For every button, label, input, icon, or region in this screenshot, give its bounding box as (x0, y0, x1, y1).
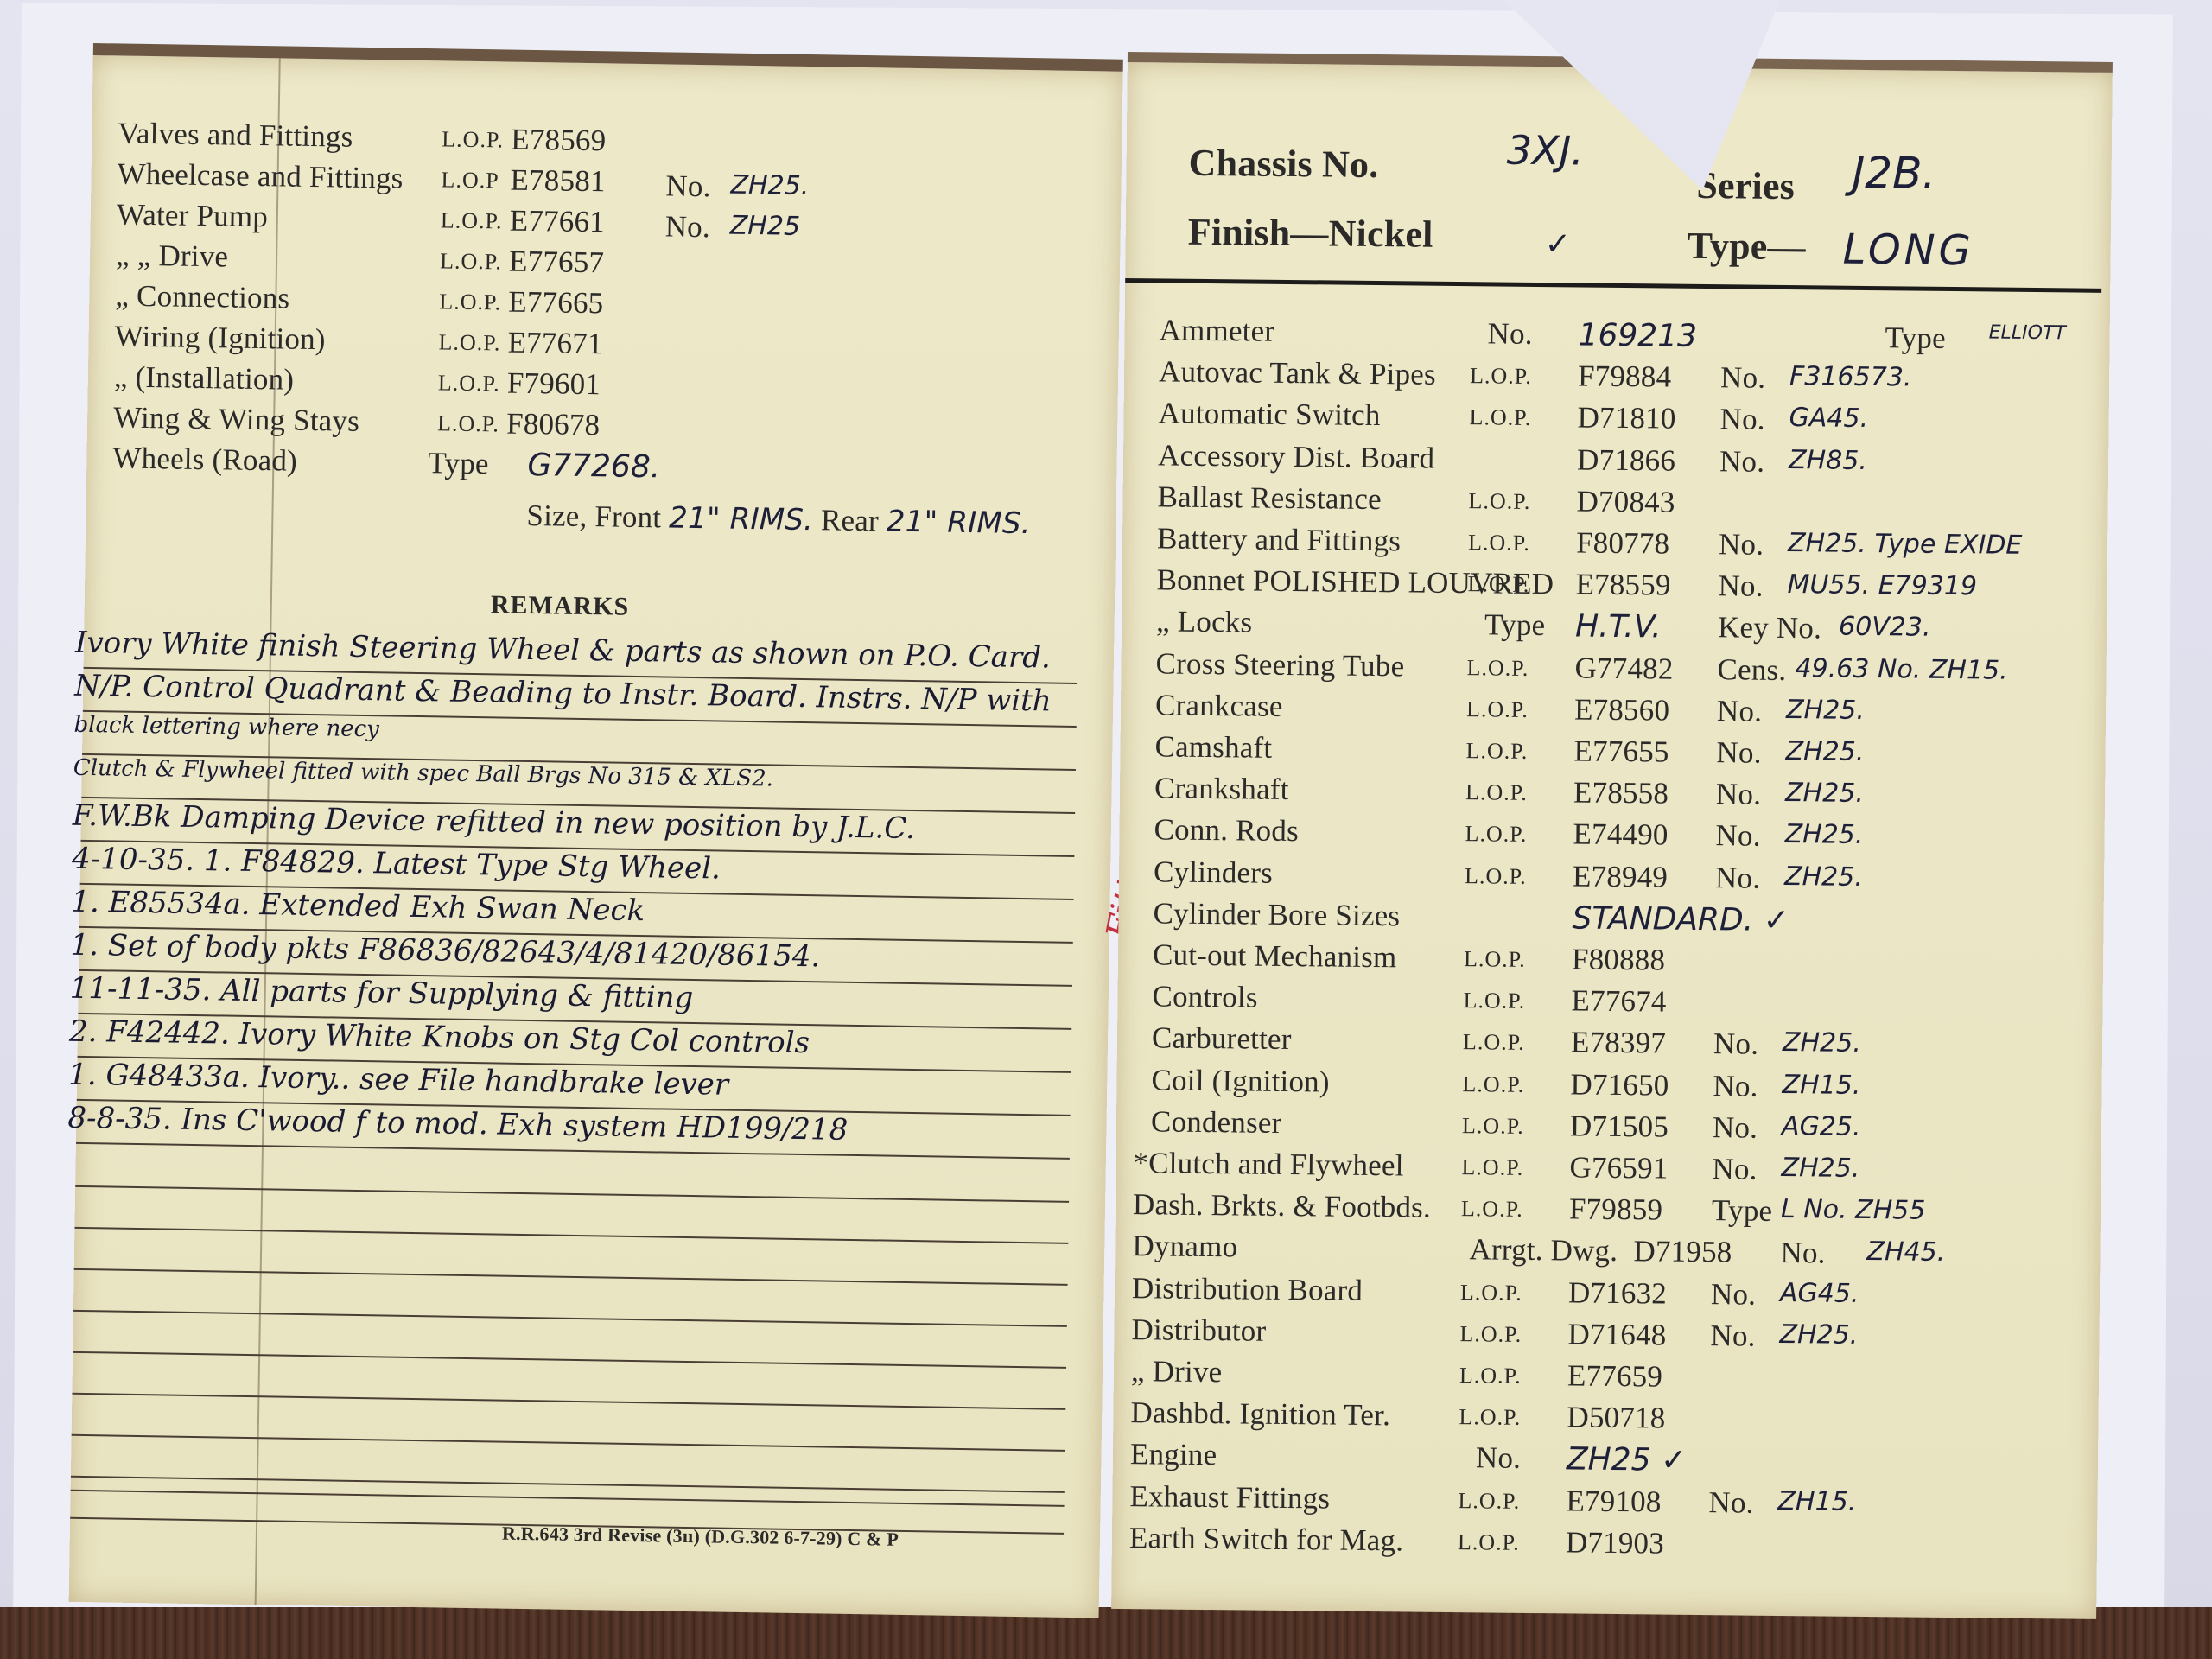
ref-label: L.O.P. (1466, 655, 1529, 682)
extra-label: No. (1718, 569, 1764, 604)
remarks-title: REMARKS (491, 590, 630, 622)
part-name: „ Connections (115, 278, 289, 315)
part-name: Cylinders (1154, 855, 1273, 890)
ref-code: D71866 (1577, 442, 1675, 478)
extra-value: ZH15. (1777, 1486, 1856, 1517)
part-name: Automatic Switch (1158, 397, 1380, 434)
ref-code: E77665 (508, 285, 604, 321)
no-label: No. (664, 209, 710, 245)
ref-code: D70843 (1576, 484, 1675, 519)
form-footer: R.R.643 3rd Revise (3ıı) (D.G.302 6-7-29… (502, 1522, 899, 1551)
ref-code: G76591 (1569, 1150, 1668, 1185)
ref-code: D71903 (1566, 1525, 1664, 1560)
remark-line: black lettering where necy (73, 712, 379, 743)
extra-label: No. (1719, 444, 1765, 480)
part-name: Wing & Wing Stays (113, 400, 359, 438)
chassis-label: Chassis No. (1188, 141, 1378, 187)
part-name: Accessory Dist. Board (1158, 438, 1435, 475)
extra-label: No. (1715, 861, 1761, 896)
ruled-line (71, 1476, 1065, 1493)
extra-value: ZH25. (1784, 819, 1863, 850)
ref-code: E74490 (1573, 817, 1669, 853)
extra-label: No. (1780, 1236, 1826, 1271)
ref-label: L.O.P. (1458, 1529, 1520, 1556)
part-name: Engine (1130, 1438, 1217, 1473)
ref-code: E77657 (509, 245, 605, 281)
part-name: Distributor (1131, 1313, 1266, 1349)
remark-line: Clutch & Flywheel fitted with spec Ball … (73, 755, 774, 792)
extra-label: No. (1720, 360, 1766, 396)
ref-label: L.O.P. (1466, 696, 1529, 723)
extra-label: No. (1708, 1485, 1754, 1521)
extra-label: Key No. (1718, 611, 1821, 646)
ref-label: L.O.P. (1468, 530, 1530, 556)
ref-label: L.O.P. (1464, 946, 1526, 973)
no-label: No. (665, 168, 711, 204)
extra-value: 60V23. (1839, 612, 1931, 643)
part-name: Coil (Ignition) (1151, 1063, 1330, 1099)
remark-line: 1. Set of body pkts F86836/82643/4/81420… (70, 928, 820, 975)
ref-label: Arrgt. Dwg. (1469, 1233, 1618, 1269)
part-name: Wheelcase and Fittings (117, 156, 404, 195)
ref-label: L.O.P. (1462, 1071, 1524, 1098)
extra-value: ZH25. Type EXIDE (1788, 528, 2023, 561)
ruled-line (73, 1310, 1067, 1327)
ref-code: E77655 (1573, 734, 1669, 769)
ref-label: L.O.P. (1458, 1488, 1520, 1515)
ref-label: L.O.P. (1459, 1363, 1522, 1389)
series-label: Series (1696, 163, 1795, 208)
ref-code: G77482 (1574, 651, 1673, 686)
extra-value: ZH25. (1786, 695, 1865, 726)
ref-label: L.O.P. (438, 329, 500, 356)
extra-label: Type (1712, 1193, 1773, 1229)
part-name: Carburetter (1152, 1021, 1292, 1058)
part-name: Cross Steering Tube (1155, 646, 1404, 683)
part-name: Valves and Fittings (118, 116, 353, 154)
part-name: Water Pump (117, 197, 269, 234)
part-name: Distribution Board (1132, 1271, 1363, 1308)
extra-value: ZH25. (1781, 1153, 1859, 1184)
extra-label: No. (1713, 1110, 1758, 1146)
ruled-line (74, 1227, 1068, 1244)
ruled-line (72, 1393, 1065, 1410)
extra-value: F316573. (1789, 361, 1912, 392)
ref-code: H.T.V. (1575, 609, 1662, 645)
finish-label: Finish—Nickel (1188, 210, 1433, 257)
ref-code: E77659 (1567, 1358, 1663, 1394)
part-name: Wiring (Ignition) (114, 319, 326, 357)
ref-code: D71958 (1633, 1235, 1732, 1270)
no-value: ZH25. (730, 170, 809, 201)
extra-value: AG25. (1782, 1111, 1861, 1142)
part-name: Conn. Rods (1154, 813, 1299, 849)
ref-code: STANDARD. ✓ (1572, 900, 1789, 938)
part-name: Wheels (Road) (112, 441, 297, 478)
ref-label: L.O.P (441, 167, 499, 194)
part-name: Earth Switch for Mag. (1129, 1521, 1404, 1558)
ref-code: D71632 (1568, 1275, 1667, 1311)
ref-label: L.O.P. (1470, 363, 1532, 390)
ref-label: L.O.P. (438, 370, 500, 397)
extra-label: No. (1716, 777, 1762, 812)
ref-code: D71650 (1570, 1067, 1669, 1103)
ref-label: No. (1487, 316, 1533, 352)
finish-check: ✓ (1544, 226, 1571, 262)
left-parts-list: Valves and FittingsL.O.P.E78569Wheelcase… (93, 55, 1123, 72)
ref-label: L.O.P. (1468, 488, 1530, 515)
extra-value: ZH25. (1779, 1319, 1858, 1351)
ref-label: L.O.P. (1459, 1404, 1521, 1431)
ref-code: E78558 (1573, 776, 1669, 811)
ref-code: D71648 (1567, 1317, 1666, 1352)
ref-label: L.O.P. (1461, 1154, 1523, 1181)
series-value: J2B. (1852, 148, 1935, 199)
ref-code: F79884 (1578, 359, 1672, 395)
part-name: „ „ Drive (116, 238, 229, 274)
part-name: Crankcase (1155, 688, 1283, 724)
ref-code: E78581 (510, 163, 606, 200)
extra-label: No. (1717, 694, 1763, 729)
ref-label: L.O.P. (442, 126, 504, 153)
extra-label: Type (1885, 321, 1946, 356)
chassis-number: 3XJ. (1507, 127, 1585, 175)
part-name: Ammeter (1159, 313, 1274, 348)
ref-code: D71810 (1577, 401, 1675, 436)
wheel-size-row: Size, Front 21" RIMS. Rear 21" RIMS. (526, 499, 1031, 541)
ref-code: E78560 (1574, 692, 1670, 728)
remark-line: 8-8-35. Ins C'wood f to mod. Exh system … (67, 1101, 848, 1147)
part-name: Dashbd. Ignition Ter. (1130, 1395, 1390, 1433)
ruled-line (75, 1185, 1069, 1203)
extra-value: ZH25. (1785, 736, 1864, 767)
ref-label: L.O.P. (440, 248, 502, 275)
ref-label: L.O.P. (1465, 738, 1528, 765)
ruled-line (73, 1351, 1066, 1369)
ref-label: L.O.P. (1465, 822, 1527, 849)
rear-label: Rear (821, 503, 879, 537)
remark-line: 2. F42442. Ivory White Knobs on Stg Col … (69, 1014, 810, 1060)
ref-label: L.O.P. (1469, 405, 1531, 432)
ref-label: L.O.P. (1461, 1196, 1523, 1223)
remark-line: N/P. Control Quadrant & Beading to Instr… (74, 669, 1052, 719)
part-name: Dash. Brkts. & Footbds. (1133, 1187, 1431, 1225)
ref-code: E78569 (511, 123, 607, 159)
ref-label: L.O.P. (437, 410, 499, 437)
remark-line: Ivory White finish Steering Wheel & part… (75, 626, 1051, 676)
extra-label: No. (1719, 403, 1765, 438)
extra-value: GA45. (1789, 403, 1868, 434)
ruled-line (74, 1268, 1068, 1286)
ref-label: L.O.P. (441, 207, 503, 234)
extra-label: No. (1713, 1069, 1758, 1104)
part-name: „ (Installation) (114, 359, 295, 397)
ruled-line (76, 1142, 1070, 1160)
extra-label: No. (1719, 527, 1764, 563)
ref-label: L.O.P. (1465, 863, 1527, 890)
ref-code: F80678 (506, 407, 601, 443)
extra-value: ZH15. (1782, 1070, 1860, 1101)
extra-value: ZH25. (1785, 778, 1864, 809)
ref-code: E77671 (507, 326, 603, 362)
extra-value: ZH25. (1784, 861, 1863, 893)
part-name: Ballast Resistance (1157, 480, 1382, 517)
no-value: ZH25 (730, 211, 801, 242)
extra-label: No. (1710, 1319, 1756, 1354)
extra-value: MU55. E79319 (1787, 569, 1977, 601)
front-size: 21" RIMS. (669, 501, 813, 538)
wheel-size-label: Size, Front (526, 499, 661, 534)
ref-label: Type (1484, 608, 1546, 644)
type-value: LONG (1842, 226, 1974, 276)
ref-code: E79108 (1566, 1484, 1662, 1519)
ref-code: F79859 (1569, 1192, 1663, 1228)
extra-value: ZH85. (1789, 445, 1867, 476)
ref-label: L.O.P. (439, 289, 501, 315)
ref-label: L.O.P. (1462, 1113, 1524, 1140)
extra-label: No. (1715, 819, 1761, 855)
part-name: Controls (1152, 980, 1258, 1015)
part-name: Battery and Fittings (1157, 521, 1401, 558)
ref-code: F80778 (1576, 525, 1670, 561)
ref-label: L.O.P. (1467, 571, 1529, 598)
extra-label: No. (1713, 1027, 1759, 1063)
ref-code: E78949 (1573, 859, 1669, 894)
ref-label: L.O.P. (1463, 1030, 1525, 1057)
ref-label: Type (428, 446, 489, 481)
ref-code: ZH25 ✓ (1567, 1442, 1688, 1478)
part-name: *Clutch and Flywheel (1133, 1146, 1404, 1183)
right-card: Chassis No. 3XJ. Series J2B. Finish—Nick… (1111, 52, 2113, 1619)
part-name: Cylinder Bore Sizes (1153, 896, 1400, 933)
ref-code: E77661 (510, 204, 606, 240)
ref-code: F80888 (1572, 942, 1666, 977)
extra-value: ELLIOTT (1989, 321, 2066, 344)
remark-line: F.W.Bk Damping Device refitted in new po… (73, 798, 916, 846)
extra-value: AG45. (1780, 1278, 1859, 1309)
ref-label: L.O.P. (1459, 1321, 1522, 1348)
extra-value: L No. ZH55 (1781, 1194, 1926, 1226)
rear-size: 21" RIMS. (887, 504, 1031, 541)
ref-label: L.O.P. (1460, 1280, 1522, 1306)
extra-label: No. (1712, 1152, 1758, 1187)
extra-label: No. (1716, 735, 1762, 771)
ref-code: E78397 (1571, 1026, 1667, 1061)
extra-value: ZH45. (1866, 1236, 1945, 1268)
ref-code: D71505 (1570, 1109, 1669, 1144)
ref-code: E78559 (1575, 568, 1671, 603)
part-name: „ Drive (1131, 1354, 1223, 1389)
extra-value: 49.63 No. ZH15. (1795, 653, 2007, 686)
extra-label: Cens. (1717, 652, 1786, 688)
ref-label: L.O.P. (1463, 988, 1525, 1014)
part-name: Dynamo (1132, 1230, 1237, 1265)
ref-label: L.O.P. (1465, 779, 1528, 806)
extra-value: ZH25. (1783, 1027, 1861, 1058)
ruled-line (72, 1434, 1065, 1452)
type-label: Type— (1687, 224, 1806, 269)
extra-label: No. (1711, 1277, 1757, 1313)
ref-label: No. (1476, 1441, 1522, 1477)
left-card: Valves and FittingsL.O.P.E78569Wheelcase… (69, 43, 1123, 1618)
ref-code: G77268. (527, 448, 661, 485)
part-name: Camshaft (1154, 729, 1272, 765)
part-name: Condenser (1151, 1104, 1282, 1141)
part-name: Crankshaft (1154, 772, 1289, 808)
ref-code: E77674 (1571, 984, 1667, 1020)
header-rule (1125, 278, 2101, 293)
footer-rule (71, 1490, 1065, 1507)
remarks-list: Ivory White finish Steering Wheel & part… (93, 55, 1123, 72)
part-name: Autovac Tank & Pipes (1159, 355, 1436, 392)
part-name: Exhaust Fittings (1129, 1479, 1330, 1516)
part-name: „ Locks (1156, 605, 1253, 640)
ref-code: F79601 (507, 366, 601, 403)
ref-code: D50718 (1567, 1401, 1665, 1436)
part-name: Cut-out Mechanism (1153, 938, 1397, 975)
ref-code: 169213 (1578, 317, 1697, 353)
